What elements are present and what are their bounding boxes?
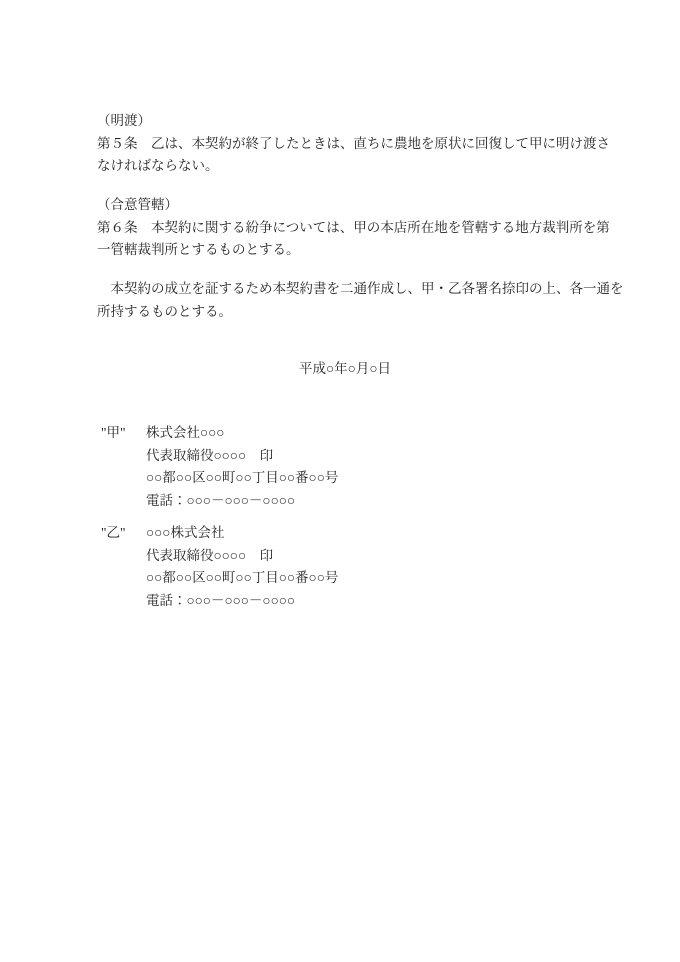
party-b-phone: 電話：○○○－○○○－○○○○ bbox=[146, 590, 295, 613]
party-b-label-spacer bbox=[97, 567, 146, 590]
clause-6-heading: （合意管轄） bbox=[97, 194, 610, 217]
clause-6-line-2: 一管轄裁判所とするものとする。 bbox=[97, 239, 610, 262]
party-a-label-spacer bbox=[97, 490, 146, 513]
party-b-address-row: ○○都○○区○○町○○丁目○○番○○号 bbox=[97, 567, 338, 590]
clause-5-line-2: なければならない。 bbox=[97, 155, 610, 178]
document-page: （明渡） 第５条 乙は、本契約が終了したときは、直ちに農地を原状に回復して甲に明… bbox=[0, 0, 680, 962]
party-a-signature-block: "甲" 株式会社○○○ 代表取締役○○○○ 印 ○○都○○区○○町○○丁目○○番… bbox=[97, 422, 338, 512]
clause-6-block: （合意管轄） 第６条 本契約に関する紛争については、甲の本店所在地を管轄する地方… bbox=[97, 194, 610, 262]
party-a-phone: 電話：○○○－○○○－○○○○ bbox=[146, 490, 295, 513]
party-b-label-spacer bbox=[97, 545, 146, 568]
closing-line-2: 所持するものとする。 bbox=[97, 301, 624, 324]
party-b-phone-row: 電話：○○○－○○○－○○○○ bbox=[97, 590, 338, 613]
date-line: 平成○年○月○日 bbox=[97, 358, 593, 381]
party-b-representative: 代表取締役○○○○ 印 bbox=[146, 545, 273, 568]
party-b-company-row: "乙" ○○○株式会社 bbox=[97, 522, 338, 545]
party-a-phone-row: 電話：○○○－○○○－○○○○ bbox=[97, 490, 338, 513]
clause-5-line-1: 第５条 乙は、本契約が終了したときは、直ちに農地を原状に回復して甲に明け渡さ bbox=[97, 133, 610, 156]
party-b-signature-block: "乙" ○○○株式会社 代表取締役○○○○ 印 ○○都○○区○○町○○丁目○○番… bbox=[97, 522, 338, 612]
party-a-address-row: ○○都○○区○○町○○丁目○○番○○号 bbox=[97, 467, 338, 490]
clause-5-block: （明渡） 第５条 乙は、本契約が終了したときは、直ちに農地を原状に回復して甲に明… bbox=[97, 110, 610, 178]
party-b-address: ○○都○○区○○町○○丁目○○番○○号 bbox=[146, 567, 338, 590]
party-b-label: "乙" bbox=[97, 522, 146, 545]
party-b-label-spacer bbox=[97, 590, 146, 613]
closing-statement-block: 本契約の成立を証するため本契約書を二通作成し、甲・乙各署名捺印の上、各一通を 所… bbox=[97, 278, 624, 323]
party-b-representative-row: 代表取締役○○○○ 印 bbox=[97, 545, 338, 568]
party-a-company: 株式会社○○○ bbox=[146, 422, 224, 445]
party-a-label-spacer bbox=[97, 467, 146, 490]
party-a-representative: 代表取締役○○○○ 印 bbox=[146, 445, 273, 468]
party-a-address: ○○都○○区○○町○○丁目○○番○○号 bbox=[146, 467, 338, 490]
closing-line-1: 本契約の成立を証するため本契約書を二通作成し、甲・乙各署名捺印の上、各一通を bbox=[97, 278, 624, 301]
party-b-company: ○○○株式会社 bbox=[146, 522, 224, 545]
party-a-company-row: "甲" 株式会社○○○ bbox=[97, 422, 338, 445]
party-a-representative-row: 代表取締役○○○○ 印 bbox=[97, 445, 338, 468]
clause-6-line-1: 第６条 本契約に関する紛争については、甲の本店所在地を管轄する地方裁判所を第 bbox=[97, 217, 610, 240]
party-a-label: "甲" bbox=[97, 422, 146, 445]
party-a-label-spacer bbox=[97, 445, 146, 468]
clause-5-heading: （明渡） bbox=[97, 110, 610, 133]
